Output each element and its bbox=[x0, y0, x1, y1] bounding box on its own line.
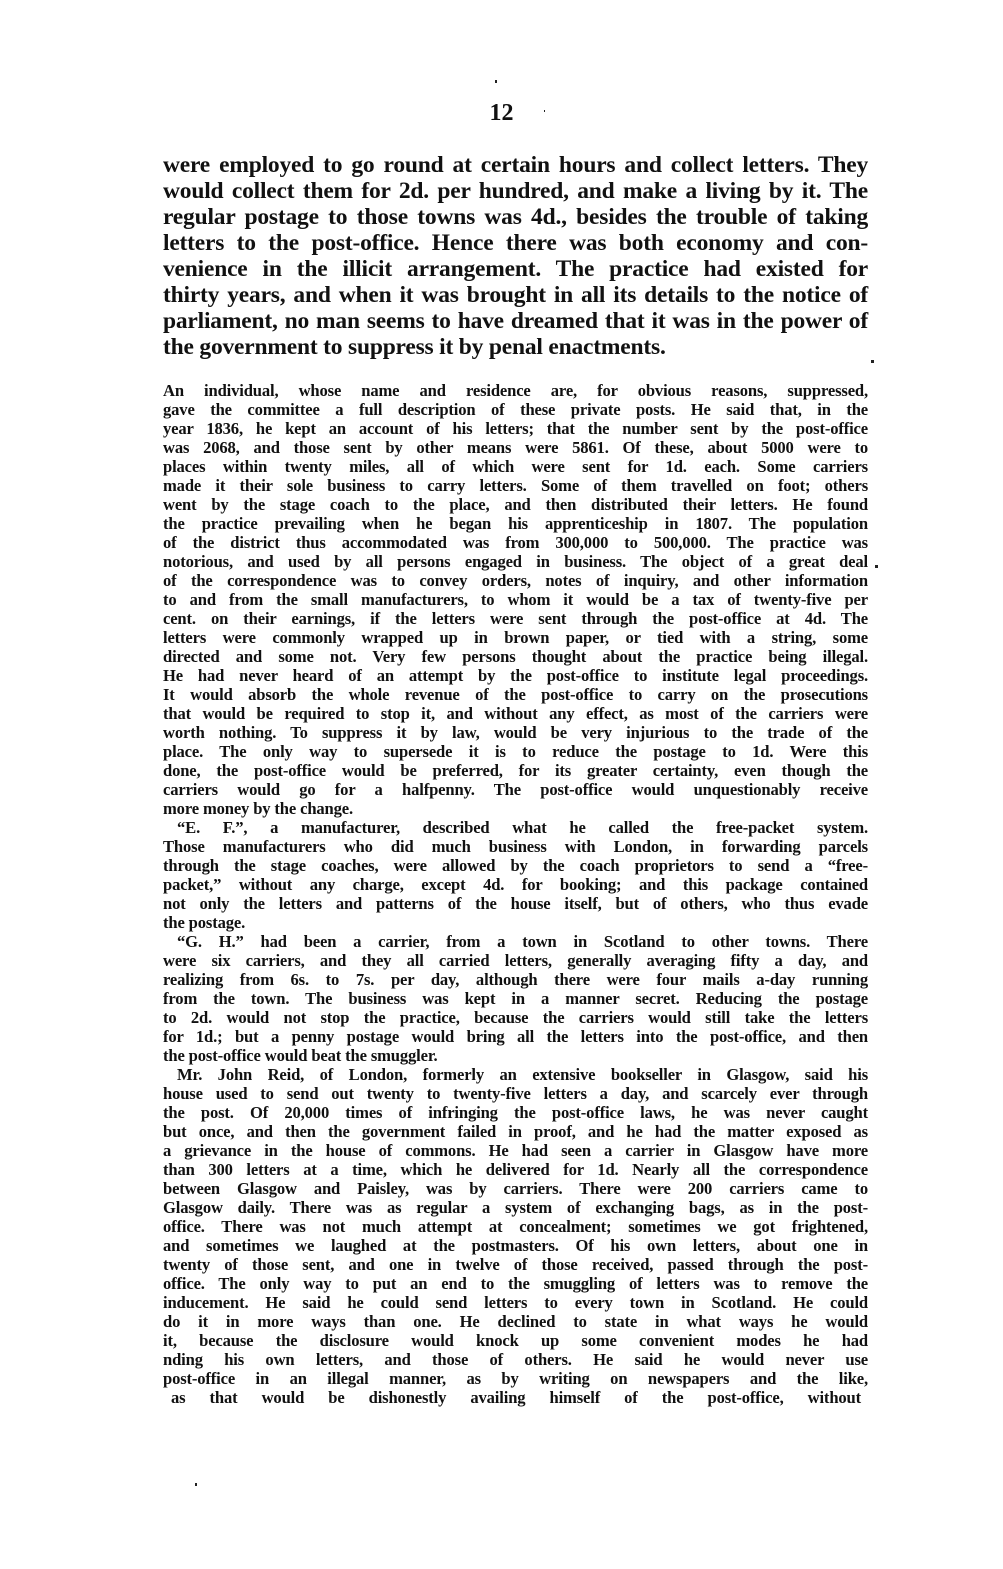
text-line: that would be required to stop it, and w… bbox=[163, 704, 868, 723]
text-line: Those manufacturers who did much busines… bbox=[163, 837, 868, 856]
text-line: gave the committee a full description of… bbox=[163, 400, 868, 419]
text-line: parliament, no man seems to have dreamed… bbox=[163, 308, 868, 334]
text-line: from the town. The business was kept in … bbox=[163, 989, 868, 1008]
text-line bbox=[173, 1426, 861, 1445]
book-page: 12 were employed to go round at certain … bbox=[0, 0, 1003, 1569]
text-line: Mr. John Reid, of London, formerly an ex… bbox=[177, 1065, 868, 1084]
text-line: cent. on their earnings, if the letters … bbox=[163, 609, 868, 628]
text-line: of the correspondence was to convey orde… bbox=[163, 571, 868, 590]
text-line: twenty of those sent, and one in twelve … bbox=[163, 1255, 868, 1274]
text-line: letters were commonly wrapped up in brow… bbox=[163, 628, 868, 647]
text-line: not only the letters and patterns of the… bbox=[163, 894, 868, 913]
text-line: for 1d.; but a penny postage would bring… bbox=[163, 1027, 868, 1046]
text-line: as that would be dishonestly availing hi… bbox=[171, 1388, 861, 1407]
text-line: place. The only way to supersede it is t… bbox=[163, 742, 868, 761]
text-line: made it their sole business to carry let… bbox=[163, 476, 868, 495]
text-line: regular postage to those towns was 4d., … bbox=[163, 204, 868, 230]
text-line: house used to send out twenty to twenty-… bbox=[163, 1084, 868, 1103]
text-line bbox=[185, 1445, 861, 1464]
text-line: inducement. He said he could send letter… bbox=[163, 1293, 868, 1312]
text-line: to 2d. would not stop the practice, beca… bbox=[163, 1008, 868, 1027]
text-line: it, because the disclosure would knock u… bbox=[163, 1331, 868, 1350]
text-line: year 1836, he kept an account of his let… bbox=[163, 419, 868, 438]
text-line: Glasgow daily. There was as regular a sy… bbox=[163, 1198, 868, 1217]
text-line: to and from the small manufacturers, to … bbox=[163, 590, 868, 609]
scan-speck bbox=[875, 565, 878, 568]
text-line: office. The only way to put an end to th… bbox=[163, 1274, 868, 1293]
text-line: the postage. bbox=[163, 913, 868, 932]
text-line: packet,” without any charge, except 4d. … bbox=[163, 875, 868, 894]
text-line: were six carriers, and they all carried … bbox=[163, 951, 868, 970]
text-line: realizing from 6s. to 7s. per day, altho… bbox=[163, 970, 868, 989]
text-line: places within twenty miles, all of which… bbox=[163, 457, 868, 476]
text-line: post-office in an illegal manner, as by … bbox=[163, 1369, 868, 1388]
scan-speck bbox=[195, 1483, 197, 1486]
text-line: He had never heard of an attempt by the … bbox=[163, 666, 868, 685]
text-line: “G. H.” had been a carrier, from a town … bbox=[177, 932, 868, 951]
text-line: through the stage coaches, were allowed … bbox=[163, 856, 868, 875]
text-line: the post-office would beat the smuggler. bbox=[163, 1046, 868, 1065]
text-line: than 300 letters at a time, which he del… bbox=[163, 1160, 868, 1179]
text-line: the practice prevailing when he began hi… bbox=[163, 514, 868, 533]
text-line: “E. F.”, a manufacturer, described what … bbox=[177, 818, 868, 837]
text-line: went by the stage coach to the place, an… bbox=[163, 495, 868, 514]
text-line: letters to the post-office. Hence there … bbox=[163, 230, 868, 256]
text-line: An individual, whose name and residence … bbox=[163, 381, 868, 400]
text-line: a grievance in the house of commons. He … bbox=[163, 1141, 868, 1160]
text-line: would collect them for 2d. per hundred, … bbox=[163, 178, 868, 204]
text-line: notorious, and used by all persons engag… bbox=[163, 552, 868, 571]
text-line: do it in more ways than one. He declined… bbox=[163, 1312, 868, 1331]
paragraph-start: An individual, whose name and residence … bbox=[163, 381, 868, 400]
text-line: and sometimes we laughed at the postmast… bbox=[163, 1236, 868, 1255]
text-line: were employed to go round at certain hou… bbox=[163, 152, 868, 178]
scan-speck bbox=[495, 80, 497, 83]
text-line: the government to suppress it by penal e… bbox=[163, 334, 868, 360]
text-line: between Glasgow and Paisley, was by carr… bbox=[163, 1179, 868, 1198]
scan-speck bbox=[871, 360, 874, 363]
text-line: but once, and then the government failed… bbox=[163, 1122, 868, 1141]
text-line: nding his own letters, and those of othe… bbox=[163, 1350, 868, 1369]
text-line: more money by the change. bbox=[163, 799, 868, 818]
text-line: carriers would go for a halfpenny. The p… bbox=[163, 780, 868, 799]
text-line: the post. Of 20,000 times of infringing … bbox=[163, 1103, 868, 1122]
text-line: directed and some not. Very few persons … bbox=[163, 647, 868, 666]
text-line bbox=[172, 1407, 861, 1426]
text-line: venience in the illicit arrangement. The… bbox=[163, 256, 868, 282]
text-line: worth nothing. To suppress it by law, wo… bbox=[163, 723, 868, 742]
page-number: 12 bbox=[0, 100, 1003, 127]
text-line: thirty years, and when it was brought in… bbox=[163, 282, 868, 308]
text-line: office. There was not much attempt at co… bbox=[163, 1217, 868, 1236]
text-line: was 2068, and those sent by other means … bbox=[163, 438, 868, 457]
text-line: It would absorb the whole revenue of the… bbox=[163, 685, 868, 704]
text-line: of the district thus accommodated was fr… bbox=[163, 533, 868, 552]
text-line: done, the post-office would be preferred… bbox=[163, 761, 868, 780]
